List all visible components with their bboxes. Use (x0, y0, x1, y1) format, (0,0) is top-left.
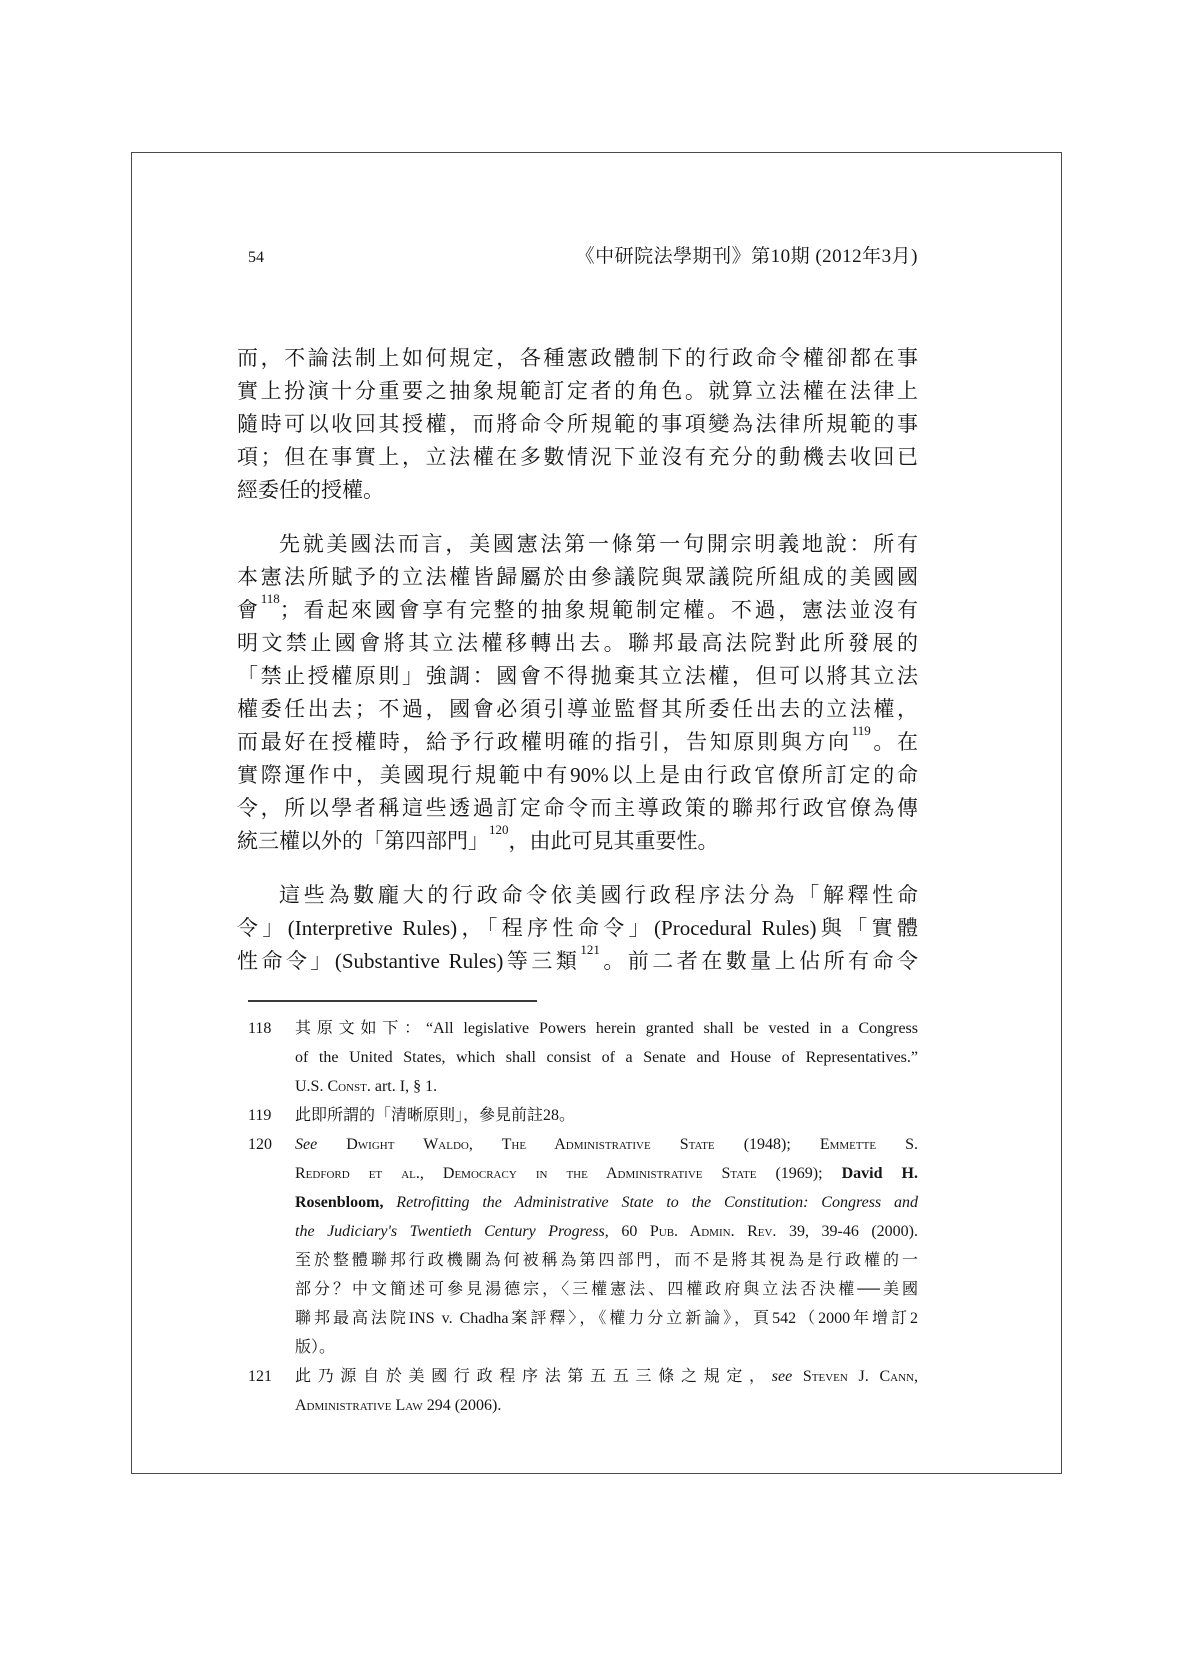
footnote-ref: 120 (489, 825, 509, 837)
text-segment: 統三權以外的「第四部門」 (237, 829, 489, 853)
footnote-line: the Judiciary's Twentieth Century Progre… (295, 1217, 918, 1246)
footnote-line: 版）。 (295, 1333, 918, 1362)
text-segment: U.S. (295, 1078, 327, 1095)
text-segment: Retrofitting the Administrative State to… (396, 1194, 918, 1211)
text-segment: 本憲法所賦予的立法權皆歸屬於由參議院與眾議院所組成的美國國 (237, 565, 918, 589)
footnote-line: Redford et al., Democracy in the Adminis… (295, 1159, 918, 1188)
text-segment: 此即所謂的「清晰原則」，參見前註28。 (295, 1107, 575, 1124)
text-segment: Steven J. Cann, (803, 1368, 918, 1385)
body-line: 而最好在授權時，給予行政權明確的指引，告知原則與方向119。在 (237, 726, 918, 759)
body-line: 本憲法所賦予的立法權皆歸屬於由參議院與眾議院所組成的美國國 (237, 561, 918, 594)
footnote-line: 部分？中文簡述可參見湯德宗，〈三權憲法、四權政府與立法否決權──美國 (295, 1275, 918, 1304)
body-line: 明文禁止國會將其立法權移轉出去。聯邦最高法院對此所發展的 (237, 627, 918, 660)
text-segment (383, 1194, 396, 1211)
page-number: 54 (248, 246, 264, 270)
text-segment: , 60 (605, 1223, 650, 1240)
text-segment: See (295, 1136, 317, 1153)
text-segment: 聯邦最高法院INS v. Chadha案評釋〉，《權力分立新論》，頁542（20… (295, 1310, 918, 1327)
text-segment: 其原文如下：“All legislative Powers herein gra… (295, 1020, 918, 1037)
footnote-number: 119 (248, 1101, 282, 1130)
text-segment: 這些為數龐大的行政命令依美國行政程序法分為「解釋性命 (279, 883, 918, 907)
footnote-ref: 121 (580, 945, 600, 957)
text-segment: Const. (327, 1078, 370, 1095)
body-line: 隨時可以收回其授權，而將命令所規範的事項變為法律所規範的事 (237, 408, 918, 441)
journal-title: 《中研院法學期刊》第10期 (2012年3月) (576, 245, 918, 269)
text-segment: 實上扮演十分重要之抽象規範訂定者的角色。就算立法權在法律上 (237, 379, 918, 403)
text-segment: 而最好在授權時，給予行政權明確的指引，告知原則與方向 (237, 730, 852, 754)
text-segment: 實際運作中，美國現行規範中有90%以上是由行政官僚所訂定的命 (237, 763, 918, 787)
text-segment: 。在 (871, 730, 918, 754)
text-segment: (1948); (715, 1136, 820, 1153)
body-line: 經委任的授權。 (237, 474, 918, 507)
footnote-text: See Dwight Waldo, The Administrative Sta… (295, 1130, 918, 1362)
footnote-text: 其原文如下：“All legislative Powers herein gra… (295, 1014, 918, 1101)
body-line: 這些為數龐大的行政命令依美國行政程序法分為「解釋性命 (237, 879, 918, 912)
body-paragraph: 這些為數龐大的行政命令依美國行政程序法分為「解釋性命令」(Interpretiv… (237, 879, 918, 978)
footnote-line: of the United States, which shall consis… (295, 1043, 918, 1072)
text-segment: ，由此可見其重要性。 (509, 829, 719, 853)
body-paragraph: 先就美國法而言，美國憲法第一條第一句開宗明義地說：所有本憲法所賦予的立法權皆歸屬… (237, 528, 918, 858)
body-line: 性命令」(Substantive Rules)等三類121。前二者在數量上佔所有… (237, 945, 918, 978)
text-segment: ；看起來國會享有完整的抽象規範制定權。不過，憲法並沒有 (280, 598, 918, 622)
text-segment: 294 (2006). (423, 1397, 502, 1414)
text-segment: Redford et al., Democracy in the Adminis… (295, 1165, 756, 1182)
footnote-line: 其原文如下：“All legislative Powers herein gra… (295, 1014, 918, 1043)
body-line: 權委任出去；不過，國會必須引導並監督其所委任出去的立法權， (237, 693, 918, 726)
text-segment: 。前二者在數量上佔所有命令 (600, 949, 918, 973)
body-line: 而，不論法制上如何規定，各種憲政體制下的行政命令權卻都在事 (237, 342, 918, 375)
footnote-line: See Dwight Waldo, The Administrative Sta… (295, 1130, 918, 1159)
footnote-number: 118 (248, 1014, 282, 1043)
footnote-ref: 118 (261, 594, 280, 606)
text-segment: 至於整體聯邦行政機關為何被稱為第四部門，而不是將其視為是行政權的一 (295, 1252, 918, 1269)
footnote-item: 118其原文如下：“All legislative Powers herein … (237, 1014, 918, 1101)
text-segment: 先就美國法而言，美國憲法第一條第一句開宗明義地說：所有 (279, 532, 918, 556)
footnote-item: 121此乃源自於美國行政程序法第五五三條之規定，see Steven J. Ca… (237, 1362, 918, 1420)
body-line: 「禁止授權原則」強調：國會不得拋棄其立法權，但可以將其立法 (237, 660, 918, 693)
footnote-text: 此即所謂的「清晰原則」，參見前註28。 (295, 1101, 918, 1130)
footnote-line: 至於整體聯邦行政機關為何被稱為第四部門，而不是將其視為是行政權的一 (295, 1246, 918, 1275)
body-line: 令」(Interpretive Rules)，「程序性命令」(Procedura… (237, 912, 918, 945)
text-segment (317, 1136, 346, 1153)
body-text: 而，不論法制上如何規定，各種憲政體制下的行政命令權卻都在事實上扮演十分重要之抽象… (237, 342, 918, 978)
text-segment: Pub. Admin. Rev. (650, 1223, 777, 1240)
footnote-item: 119此即所謂的「清晰原則」，參見前註28。 (237, 1101, 918, 1130)
footnote-text: 此乃源自於美國行政程序法第五五三條之規定，see Steven J. Cann,… (295, 1362, 918, 1420)
text-segment: 版）。 (295, 1339, 335, 1356)
text-segment: 權委任出去；不過，國會必須引導並監督其所委任出去的立法權， (237, 697, 918, 721)
text-segment: 性命令」(Substantive Rules)等三類 (237, 949, 580, 973)
footnotes: 118其原文如下：“All legislative Powers herein … (237, 1014, 918, 1420)
text-segment: 部分？中文簡述可參見湯德宗，〈三權憲法、四權政府與立法否決權──美國 (295, 1281, 918, 1298)
text-segment: 而，不論法制上如何規定，各種憲政體制下的行政命令權卻都在事 (237, 346, 918, 370)
footnote-line: 此即所謂的「清晰原則」，參見前註28。 (295, 1101, 918, 1130)
text-segment: 會 (237, 598, 261, 622)
footnote-line: Administrative Law 294 (2006). (295, 1391, 918, 1420)
footnote-separator (248, 1000, 537, 1002)
text-segment: art. I, § 1. (371, 1078, 437, 1095)
body-line: 會118；看起來國會享有完整的抽象規範制定權。不過，憲法並沒有 (237, 594, 918, 627)
body-line: 令，所以學者稱這些透過訂定命令而主導政策的聯邦行政官僚為傳 (237, 792, 918, 825)
text-segment: 令，所以學者稱這些透過訂定命令而主導政策的聯邦行政官僚為傳 (237, 796, 918, 820)
text-segment: 項；但在事實上，立法權在多數情況下並沒有充分的動機去收回已 (237, 445, 918, 469)
footnote-ref: 119 (852, 726, 871, 738)
footnote-line: 此乃源自於美國行政程序法第五五三條之規定，see Steven J. Cann, (295, 1362, 918, 1391)
text-segment: (1969); (756, 1165, 841, 1182)
page-header: 54 《中研院法學期刊》第10期 (2012年3月) (237, 245, 918, 270)
document-page: 54 《中研院法學期刊》第10期 (2012年3月) 而，不論法制上如何規定，各… (0, 0, 1177, 1664)
page-frame: 54 《中研院法學期刊》第10期 (2012年3月) 而，不論法制上如何規定，各… (131, 152, 1062, 1474)
body-line: 實上扮演十分重要之抽象規範訂定者的角色。就算立法權在法律上 (237, 375, 918, 408)
body-line: 統三權以外的「第四部門」120，由此可見其重要性。 (237, 825, 918, 858)
body-line: 實際運作中，美國現行規範中有90%以上是由行政官僚所訂定的命 (237, 759, 918, 792)
text-segment: of the United States, which shall consis… (295, 1049, 918, 1066)
body-line: 先就美國法而言，美國憲法第一條第一句開宗明義地說：所有 (237, 528, 918, 561)
footnote-line: 聯邦最高法院INS v. Chadha案評釋〉，《權力分立新論》，頁542（20… (295, 1304, 918, 1333)
footnote-item: 120See Dwight Waldo, The Administrative … (237, 1130, 918, 1362)
text-segment: 「禁止授權原則」強調：國會不得拋棄其立法權，但可以將其立法 (237, 664, 918, 688)
footnote-line: U.S. Const. art. I, § 1. (295, 1072, 918, 1101)
text-segment (792, 1368, 803, 1385)
body-paragraph: 而，不論法制上如何規定，各種憲政體制下的行政命令權卻都在事實上扮演十分重要之抽象… (237, 342, 918, 507)
text-segment: 明文禁止國會將其立法權移轉出去。聯邦最高法院對此所發展的 (237, 631, 918, 655)
text-segment: the Judiciary's Twentieth Century Progre… (295, 1223, 605, 1240)
text-segment: Administrative Law (295, 1397, 423, 1414)
text-segment: Emmette S. (820, 1136, 918, 1153)
text-segment: 經委任的授權。 (237, 478, 384, 502)
text-segment: 此乃源自於美國行政程序法第五五三條之規定， (295, 1368, 772, 1385)
text-segment: 隨時可以收回其授權，而將命令所規範的事項變為法律所規範的事 (237, 412, 918, 436)
footnote-line: Rosenbloom, Retrofitting the Administrat… (295, 1188, 918, 1217)
text-segment: David H. (842, 1165, 918, 1182)
text-segment: Rosenbloom, (295, 1194, 383, 1211)
text-segment: see (772, 1368, 792, 1385)
body-line: 項；但在事實上，立法權在多數情況下並沒有充分的動機去收回已 (237, 441, 918, 474)
text-segment: 令」(Interpretive Rules)，「程序性命令」(Procedura… (237, 916, 918, 940)
footnote-number: 120 (248, 1130, 282, 1159)
footnote-number: 121 (248, 1362, 282, 1391)
page-content: 54 《中研院法學期刊》第10期 (2012年3月) 而，不論法制上如何規定，各… (237, 245, 918, 1420)
text-segment: Dwight Waldo, The Administrative State (346, 1136, 714, 1153)
text-segment: 39, 39-46 (2000). (776, 1223, 918, 1240)
